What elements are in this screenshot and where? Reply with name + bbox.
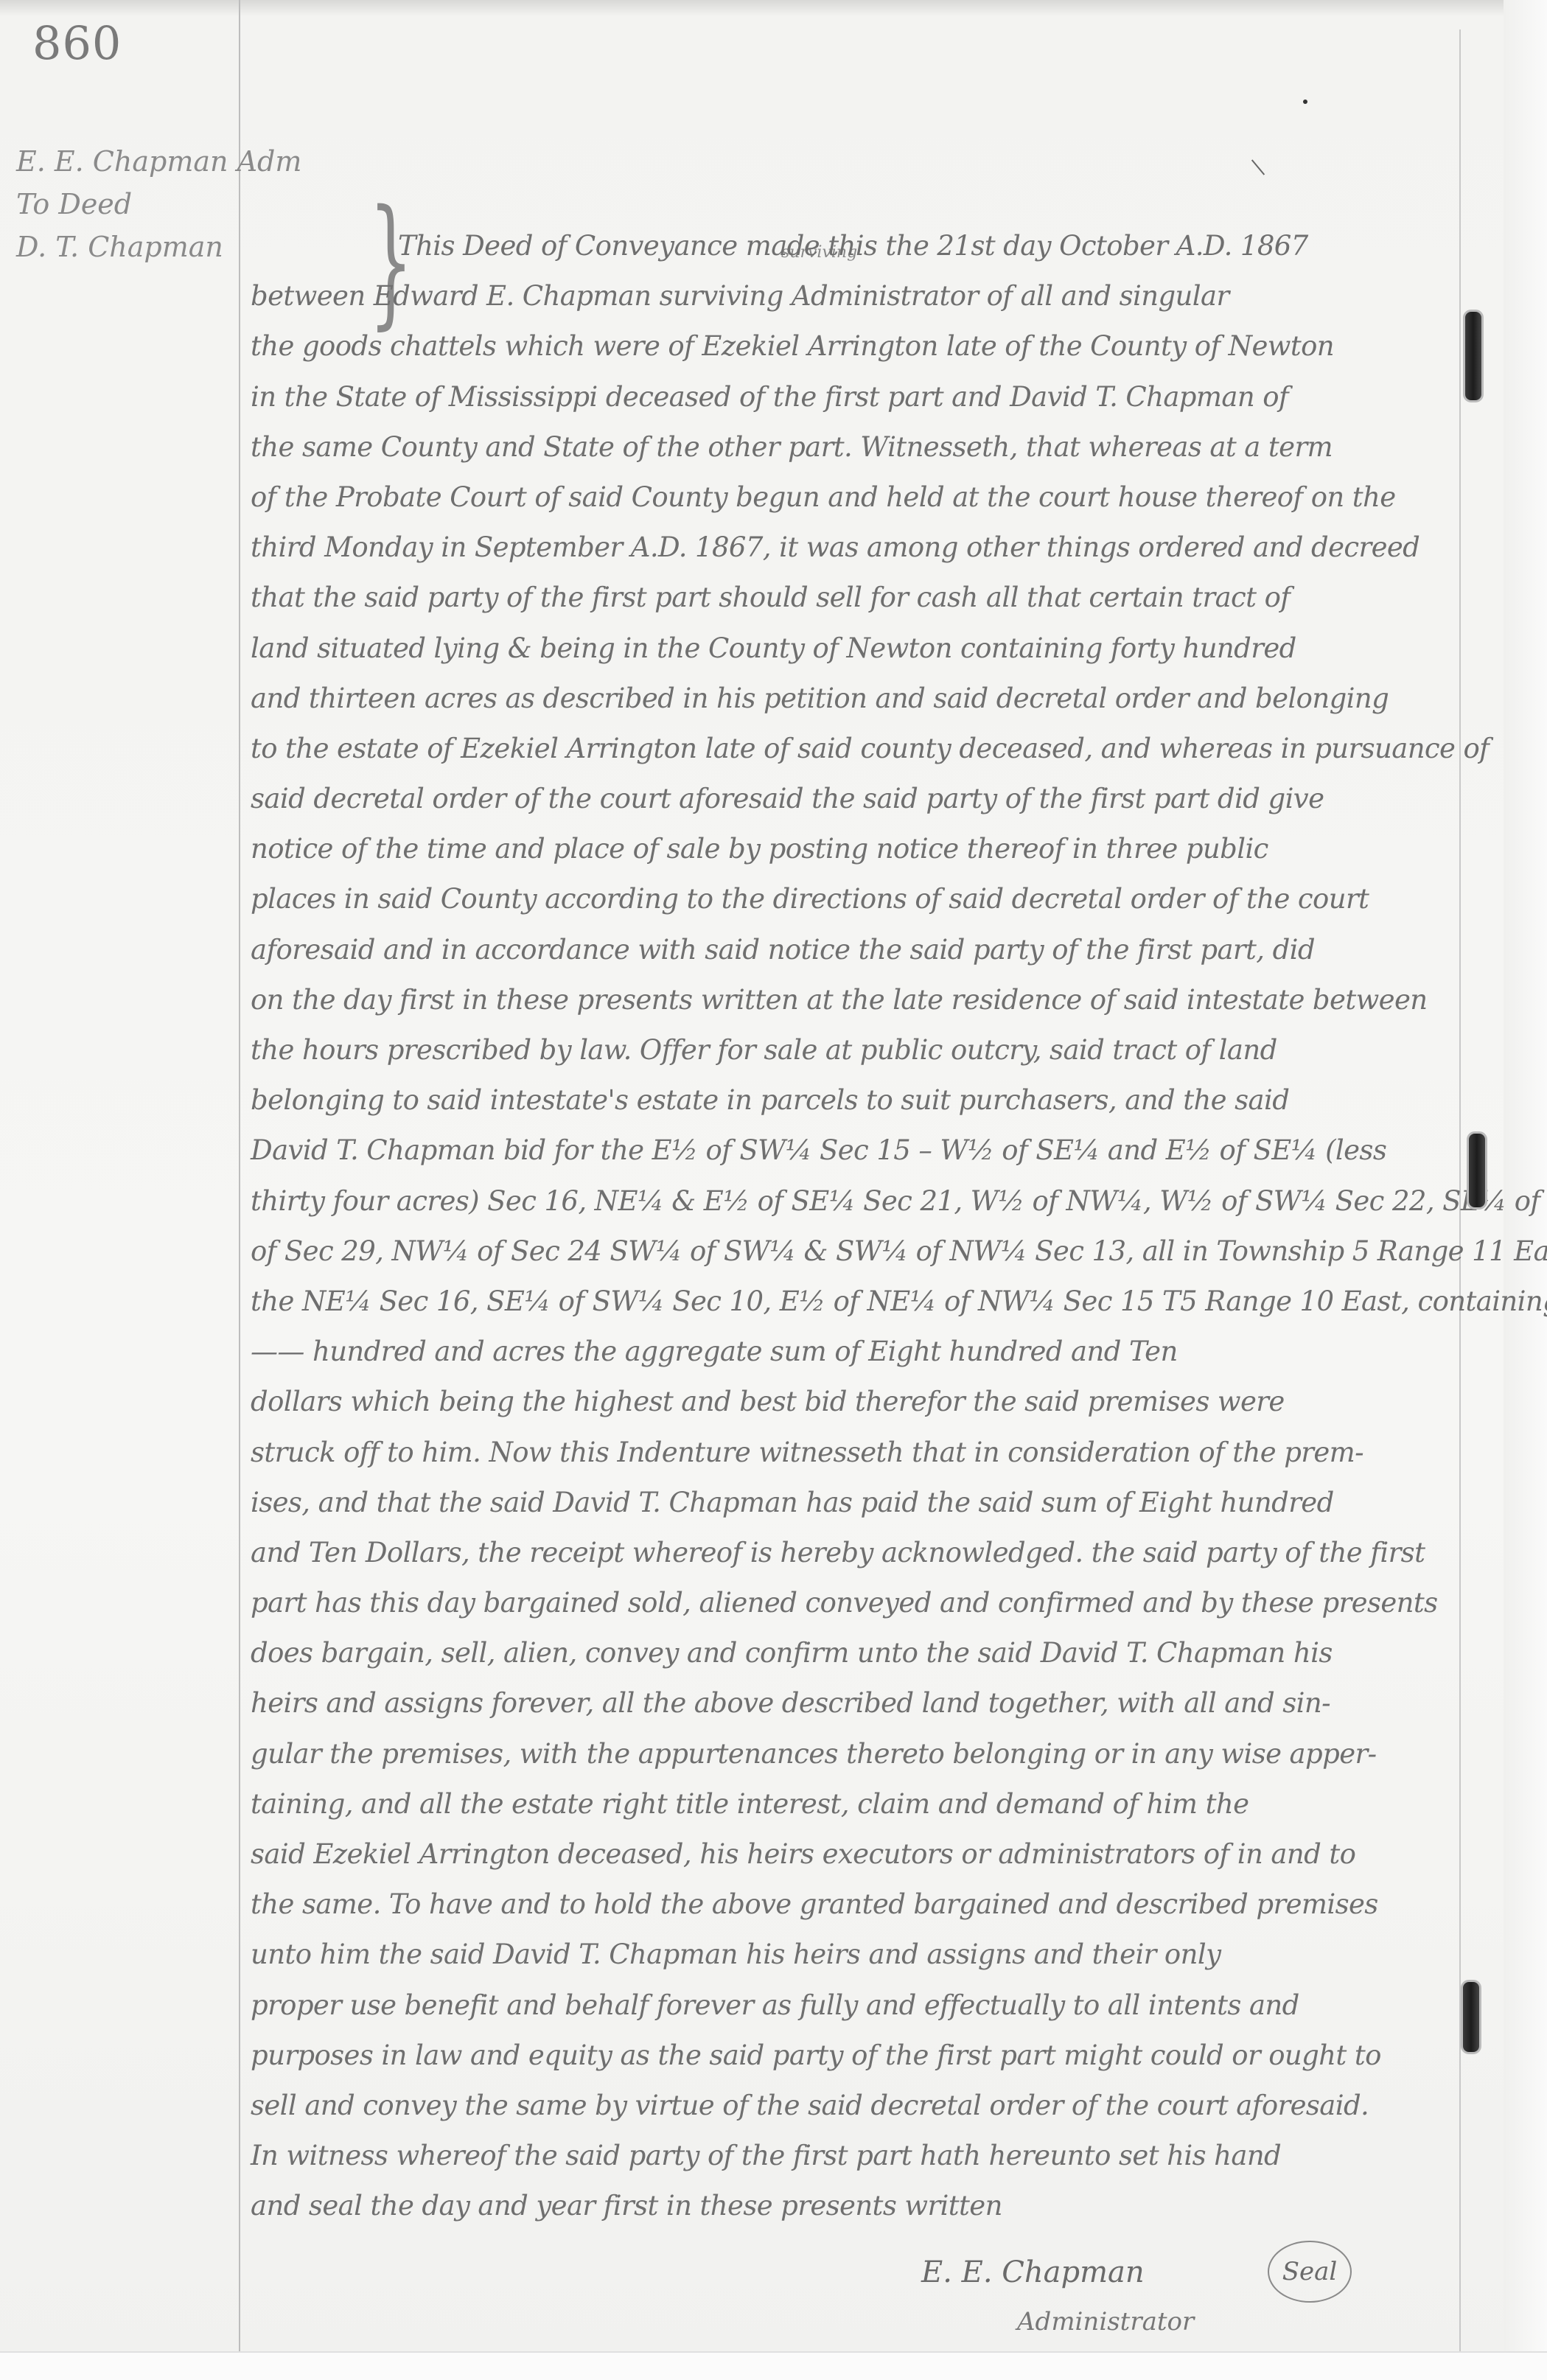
left-margin-rule (239, 0, 240, 2351)
deed-text-line: aforesaid and in accordance with said no… (251, 925, 1452, 975)
page-number: 860 (32, 16, 122, 70)
deed-text-line: the hours prescribed by law. Offer for s… (251, 1025, 1452, 1075)
binder-clip-bottom (1461, 1980, 1481, 2054)
deed-text-line: —— hundred and acres the aggregate sum o… (251, 1327, 1452, 1377)
deed-text-line: said Ezekiel Arrington deceased, his hei… (251, 1829, 1452, 1880)
deed-text-line: the same. To have and to hold the above … (251, 1880, 1452, 1930)
deed-text-line: unto him the said David T. Chapman his h… (251, 1930, 1452, 1980)
deed-text-line: places in said County according to the d… (251, 874, 1452, 924)
deed-text-line: of the Probate Court of said County begu… (251, 472, 1452, 523)
deed-text-line: thirty four acres) Sec 16, NE¼ & E½ of S… (251, 1176, 1452, 1226)
deed-text-line: belonging to said intestate's estate in … (251, 1075, 1452, 1126)
deed-text-line: of Sec 29, NW¼ of Sec 24 SW¼ of SW¼ & SW… (251, 1226, 1452, 1277)
deed-record-page: 860 E. E. Chapman Adm To Deed D. T. Chap… (0, 0, 1547, 2380)
deed-text-line: and seal the day and year first in these… (251, 2181, 1452, 2231)
deed-text-line: between Edward E. Chapman surviving Admi… (251, 271, 1452, 321)
deed-text-line: proper use benefit and behalf forever as… (251, 1981, 1452, 2031)
scan-bottom-edge (0, 2351, 1547, 2380)
deed-text-line: notice of the time and place of sale by … (251, 824, 1452, 874)
margin-note-grantor: E. E. Chapman Adm (16, 140, 237, 183)
deed-text-line: does bargain, sell, alien, convey and co… (251, 1628, 1452, 1678)
deed-text-line: the same County and State of the other p… (251, 422, 1452, 472)
deed-text-line: the NE¼ Sec 16, SE¼ of SW¼ Sec 10, E½ of… (251, 1277, 1452, 1327)
margin-note-grantee: D. T. Chapman (16, 226, 237, 268)
margin-index-note: E. E. Chapman Adm To Deed D. T. Chapman (16, 140, 237, 268)
page-edge-shadow (1504, 0, 1547, 2351)
seal-mark: Seal (1268, 2241, 1352, 2303)
margin-note-instrument: To Deed (16, 183, 237, 226)
deed-text-line: to the estate of Ezekiel Arrington late … (251, 724, 1452, 774)
deed-text-line: heirs and assigns forever, all the above… (251, 1678, 1452, 1728)
stray-ink-mark (1251, 159, 1265, 175)
deed-text-line: and thirteen acres as described in his p… (251, 674, 1452, 724)
stray-ink-dot (1303, 100, 1307, 104)
deed-text-line: on the day first in these presents writt… (251, 975, 1452, 1025)
seal-label: Seal (1282, 2257, 1338, 2286)
deed-text-line: ises, and that the said David T. Chapman… (251, 1478, 1452, 1528)
deed-text-line: in the State of Mississippi deceased of … (251, 372, 1452, 422)
deed-text-line: This Deed of Conveyance made this the 21… (251, 221, 1452, 271)
deed-text-line: said decretal order of the court aforesa… (251, 774, 1452, 824)
deed-text-line: taining, and all the estate right title … (251, 1779, 1452, 1829)
deed-text-line: third Monday in September A.D. 1867, it … (251, 523, 1452, 573)
deed-text-line: struck off to him. Now this Indenture wi… (251, 1428, 1452, 1478)
deed-body-text: This Deed of Conveyance made this the 21… (251, 221, 1452, 2232)
binder-clip-top (1463, 310, 1484, 402)
binder-clip-middle (1467, 1131, 1487, 1210)
deed-text-line: gular the premises, with the appurtenanc… (251, 1729, 1452, 1779)
deed-text-line: land situated lying & being in the Count… (251, 624, 1452, 674)
deed-text-line: dollars which being the highest and best… (251, 1377, 1452, 1427)
deed-text-line: David T. Chapman bid for the E½ of SW¼ S… (251, 1126, 1452, 1176)
signature-name: E. E. Chapman (921, 2255, 1145, 2289)
deed-text-line: and Ten Dollars, the receipt whereof is … (251, 1528, 1452, 1578)
deed-text-line: sell and convey the same by virtue of th… (251, 2081, 1452, 2131)
deed-text-line: purposes in law and equity as the said p… (251, 2031, 1452, 2081)
deed-text-line: that the said party of the first part sh… (251, 573, 1452, 623)
deed-text-line: part has this day bargained sold, aliene… (251, 1578, 1452, 1628)
deed-text-line: In witness whereof the said party of the… (251, 2131, 1452, 2181)
signature-title: Administrator (1017, 2307, 1194, 2337)
deed-text-line: the goods chattels which were of Ezekiel… (251, 321, 1452, 371)
